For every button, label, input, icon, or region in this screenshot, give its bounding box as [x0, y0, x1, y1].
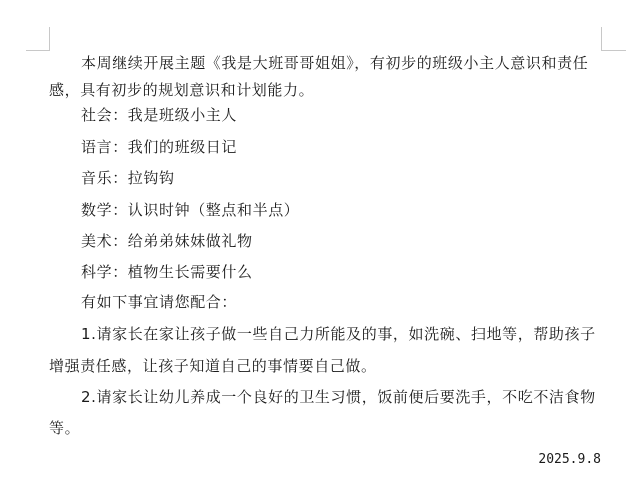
document-date: 2025.9.8 [538, 450, 601, 470]
intro-paragraph-line-1: 本周继续开展主题《我是大班哥哥姐姐》，有初步的班级小主人意识和责任 [81, 53, 588, 73]
page-corner-mark-top-left [26, 27, 50, 51]
subject-social: 社会：我是班级小主人 [81, 105, 237, 125]
subject-music: 音乐：拉钩钩 [81, 168, 175, 188]
subject-language: 语言：我们的班级日记 [81, 137, 237, 157]
request-item-2-line-2: 等。 [49, 418, 80, 438]
request-item-2-line-1: 2.请家长让幼儿养成一个良好的卫生习惯，饭前便后要洗手，不吃不洁食物 [81, 387, 596, 407]
cooperation-heading: 有如下事宜请您配合： [81, 292, 237, 312]
subject-math: 数学：认识时钟（整点和半点） [81, 200, 299, 220]
request-item-1-line-2: 增强责任感，让孩子知道自己的事情要自己做。 [49, 356, 377, 376]
subject-art: 美术：给弟弟妹妹做礼物 [81, 231, 253, 251]
page-corner-mark-top-right [601, 27, 626, 51]
intro-paragraph-line-2: 感，具有初步的规划意识和计划能力。 [49, 80, 314, 100]
subject-science: 科学：植物生长需要什么 [81, 262, 253, 282]
request-item-1-line-1: 1.请家长在家让孩子做一些自己力所能及的事，如洗碗、扫地等，帮助孩子 [81, 324, 596, 344]
